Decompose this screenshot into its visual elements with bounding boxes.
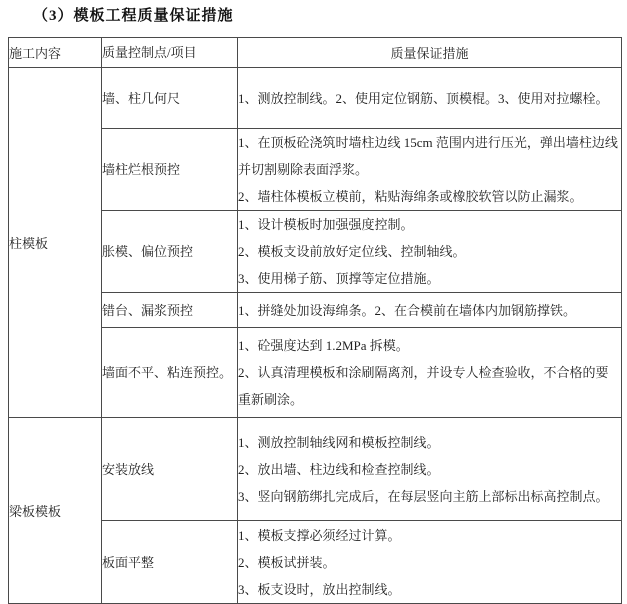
measures-cell: 1、拼缝处加设海绵条。2、在合模前在墙体内加钢筋撑铁。 xyxy=(238,293,622,328)
measure-line: 2、墙柱体模板立模前，粘贴海绵条或橡胶软管以防止漏浆。 xyxy=(238,183,621,210)
table-row: 梁板模板 安装放线 1、测放控制轴线网和模板控制线。 2、放出墙、柱边线和检查控… xyxy=(9,418,622,521)
measure-line: 2、模板支设前放好定位线、控制轴线。 xyxy=(238,238,621,265)
control-point-cell: 安装放线 xyxy=(102,418,238,521)
control-point-cell: 墙、柱几何尺 xyxy=(102,68,238,129)
measures-cell: 1、设计模板时加强强度控制。 2、模板支设前放好定位线、控制轴线。 3、使用梯子… xyxy=(238,211,622,293)
quality-measures-table: 施工内容 质量控制点/项目 质量保证措施 柱模板 墙、柱几何尺 1、测放控制线。… xyxy=(8,37,622,604)
measure-line: 3、竖向钢筋绑扎完成后，在每层竖向主筋上部标出标高控制点。 xyxy=(238,483,621,510)
measure-line: 1、模板支撑必须经过计算。 xyxy=(238,522,621,549)
section-title: （3）模板工程质量保证措施 xyxy=(0,0,627,26)
control-point-cell: 板面平整 xyxy=(102,521,238,604)
measure-line: 1、砼强度达到 1.2MPa 拆模。 xyxy=(238,332,621,359)
control-point-cell: 墙面不平、粘连预控。 xyxy=(102,328,238,418)
measure-line: 1、测放控制轴线网和模板控制线。 xyxy=(238,429,621,456)
measure-line: 1、设计模板时加强强度控制。 xyxy=(238,211,621,238)
measure-line: 1、测放控制线。2、使用定位钢筋、顶模棍。3、使用对拉螺栓。 xyxy=(238,85,621,112)
column-header-construction-content: 施工内容 xyxy=(9,38,102,68)
measure-line: 1、在顶板砼浇筑时墙柱边线 15cm 范围内进行压光，弹出墙柱边线并切割剔除表面… xyxy=(238,129,621,183)
measures-cell: 1、在顶板砼浇筑时墙柱边线 15cm 范围内进行压光，弹出墙柱边线并切割剔除表面… xyxy=(238,129,622,211)
measure-line: 3、板支设时，放出控制线。 xyxy=(238,576,621,603)
measure-line: 2、模板试拼装。 xyxy=(238,549,621,576)
section-cell-column-formwork: 柱模板 xyxy=(9,68,102,418)
control-point-cell: 胀模、偏位预控 xyxy=(102,211,238,293)
control-point-cell: 错台、漏浆预控 xyxy=(102,293,238,328)
measure-line: 2、放出墙、柱边线和检查控制线。 xyxy=(238,456,621,483)
measures-cell: 1、模板支撑必须经过计算。 2、模板试拼装。 3、板支设时，放出控制线。 xyxy=(238,521,622,604)
control-point-cell: 墙柱烂根预控 xyxy=(102,129,238,211)
measure-line: 1、拼缝处加设海绵条。2、在合模前在墙体内加钢筋撑铁。 xyxy=(238,297,621,324)
section-cell-beam-slab-formwork: 梁板模板 xyxy=(9,418,102,604)
measure-line: 3、使用梯子筋、顶撑等定位措施。 xyxy=(238,265,621,292)
table-row: 柱模板 墙、柱几何尺 1、测放控制线。2、使用定位钢筋、顶模棍。3、使用对拉螺栓… xyxy=(9,68,622,129)
column-header-control-point: 质量控制点/项目 xyxy=(102,38,238,68)
measures-cell: 1、测放控制轴线网和模板控制线。 2、放出墙、柱边线和检查控制线。 3、竖向钢筋… xyxy=(238,418,622,521)
measures-cell: 1、砼强度达到 1.2MPa 拆模。 2、认真清理模板和涂刷隔离剂，并设专人检查… xyxy=(238,328,622,418)
document-page: （3）模板工程质量保证措施 施工内容 质量控制点/项目 质量保证措施 柱模板 墙… xyxy=(0,0,627,604)
measure-line: 2、认真清理模板和涂刷隔离剂，并设专人检查验收，不合格的要重新刷涂。 xyxy=(238,359,621,413)
column-header-assurance-measures: 质量保证措施 xyxy=(238,38,622,68)
measures-cell: 1、测放控制线。2、使用定位钢筋、顶模棍。3、使用对拉螺栓。 xyxy=(238,68,622,129)
table-header-row: 施工内容 质量控制点/项目 质量保证措施 xyxy=(9,38,622,68)
